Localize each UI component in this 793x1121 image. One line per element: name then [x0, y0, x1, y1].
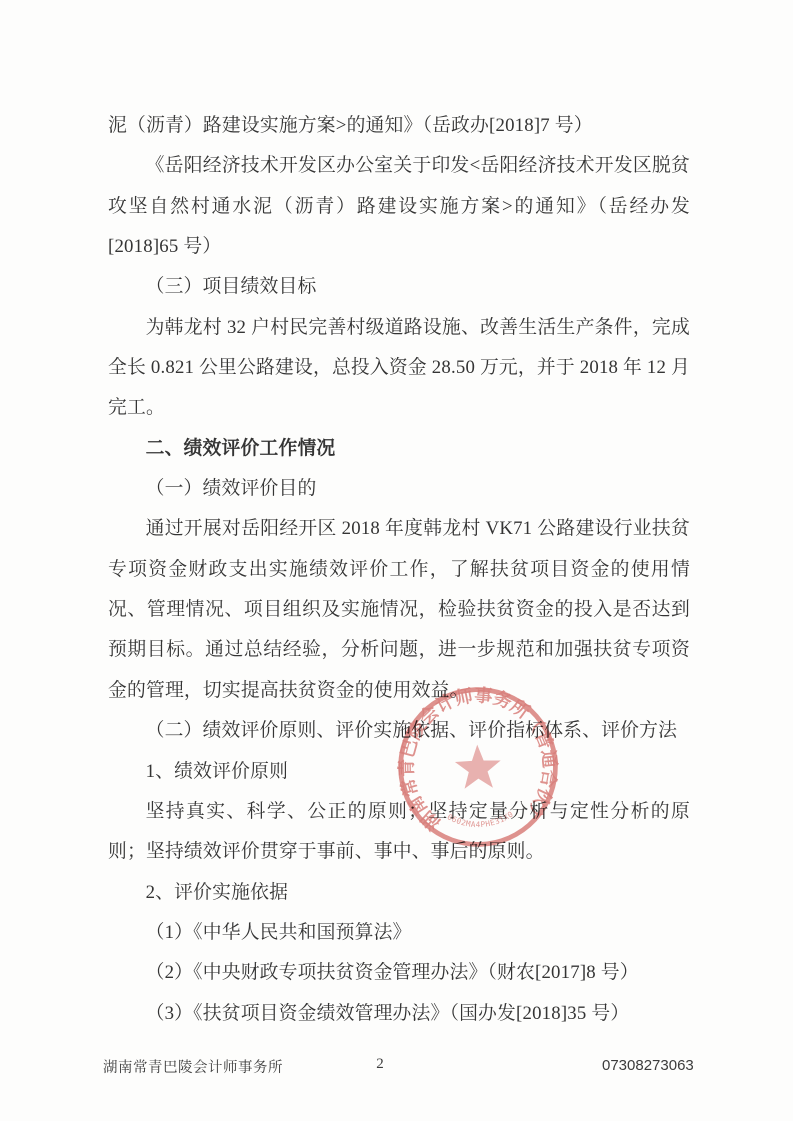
- subheading-principles-basis: （二）绩效评价原则、评价实施依据、评价指标体系、评价方法: [108, 711, 690, 751]
- subheading-evaluation-purpose: （一）绩效评价目的: [108, 469, 690, 509]
- item-heading: 2、评价实施依据: [108, 873, 690, 913]
- list-item: （1）《中华人民共和国预算法》: [108, 913, 690, 953]
- paragraph: 泥（沥青）路建设实施方案>的通知》（岳政办[2018]7 号）: [108, 106, 690, 146]
- document-page: 泥（沥青）路建设实施方案>的通知》（岳政办[2018]7 号） 《岳阳经济技术开…: [0, 0, 793, 1121]
- list-item: （3）《扶贫项目资金绩效管理办法》（国办发[2018]35 号）: [108, 994, 690, 1034]
- document-body: 泥（沥青）路建设实施方案>的通知》（岳政办[2018]7 号） 《岳阳经济技术开…: [108, 106, 690, 1034]
- subheading-project-goal: （三）项目绩效目标: [108, 267, 690, 307]
- paragraph: 通过开展对岳阳经开区 2018 年度韩龙村 VK71 公路建设行业扶贫专项资金财…: [108, 509, 690, 711]
- page-number: 2: [340, 1056, 420, 1073]
- section-heading: 二、绩效评价工作情况: [108, 429, 690, 469]
- paragraph: 坚持真实、科学、公正的原则；坚持定量分析与定性分析的原则；坚持绩效评价贯穿于事前…: [108, 792, 690, 873]
- list-item: （2）《中央财政专项扶贫资金管理办法》（财农[2017]8 号）: [108, 953, 690, 993]
- item-heading: 1、绩效评价原则: [108, 752, 690, 792]
- footer-company: 湖南常青巴陵会计师事务所: [103, 1056, 283, 1077]
- footer-phone: 07308273063: [602, 1057, 694, 1074]
- paragraph: 为韩龙村 32 户村民完善村级道路设施、改善生活生产条件，完成全长 0.821 …: [108, 308, 690, 429]
- paragraph: 《岳阳经济技术开发区办公室关于印发<岳阳经济技术开发区脱贫攻坚自然村通水泥（沥青…: [108, 146, 690, 267]
